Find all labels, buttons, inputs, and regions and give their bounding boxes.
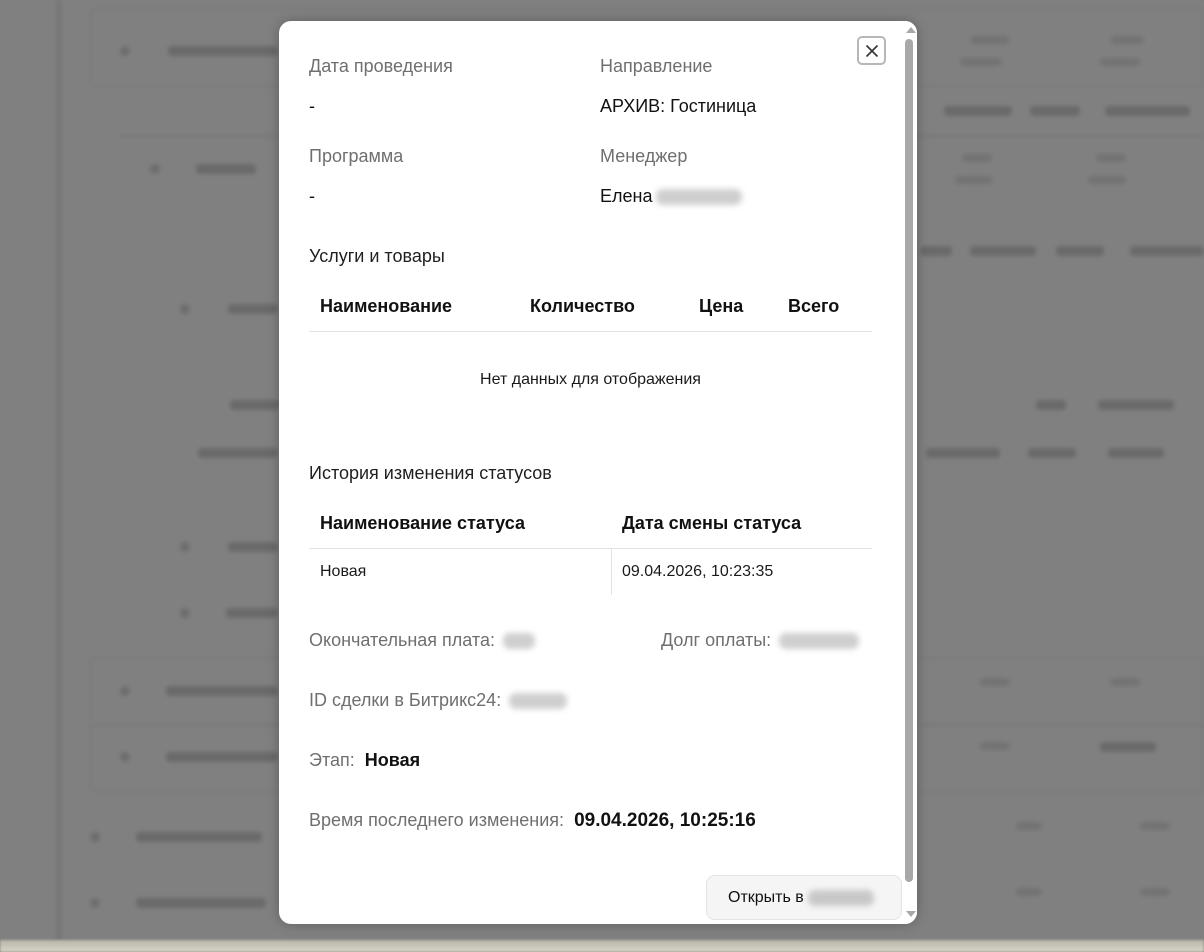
- background-text: [1096, 154, 1126, 162]
- background-text: [136, 898, 266, 908]
- modal-scrollbar[interactable]: [903, 21, 917, 924]
- background-text: [1098, 400, 1174, 410]
- background-text: [1028, 448, 1076, 458]
- background-text: [228, 304, 278, 314]
- expand-icon: [120, 752, 130, 762]
- event-date-label: Дата проведения: [309, 56, 453, 77]
- status-row-date: 09.04.2026, 10:23:35: [622, 563, 773, 581]
- services-empty-message: Нет данных для отображения: [309, 371, 872, 389]
- background-text: [166, 752, 278, 762]
- background-text: [970, 36, 1010, 44]
- background-text: [980, 742, 1010, 750]
- background-text: [1056, 246, 1104, 256]
- open-in-external-button[interactable]: Открыть в: [706, 875, 902, 920]
- background-text: [196, 164, 256, 174]
- background-text: [926, 448, 1000, 458]
- taskbar-strip: [0, 940, 1204, 952]
- status-column-divider: [611, 548, 612, 595]
- open-button-label: Открыть в: [728, 889, 804, 907]
- program-label: Программа: [309, 146, 403, 167]
- final-payment-label: Окончательная плата:: [309, 630, 495, 650]
- background-text: [1100, 742, 1156, 752]
- background-text: [920, 246, 952, 256]
- manager-first-name: Елена: [600, 186, 652, 206]
- services-header-divider: [309, 331, 872, 332]
- scrollbar-thumb[interactable]: [905, 39, 913, 882]
- expand-icon: [180, 608, 190, 618]
- services-col-name: Наименование: [320, 296, 452, 317]
- redacted-bitrix-id: [509, 693, 567, 709]
- services-col-quantity: Количество: [530, 296, 635, 317]
- close-icon: [865, 44, 879, 58]
- background-text: [1088, 176, 1126, 184]
- background-text: [168, 46, 278, 56]
- expand-icon: [150, 164, 160, 174]
- background-text: [1016, 888, 1042, 896]
- sidebar-divider: [56, 0, 62, 940]
- bitrix-id-label: ID сделки в Битрикс24:: [309, 690, 501, 710]
- background-text: [136, 832, 262, 842]
- background-text: [1030, 106, 1080, 116]
- services-col-price: Цена: [699, 296, 743, 317]
- background-text: [230, 400, 280, 410]
- last-modified-label: Время последнего изменения:: [309, 810, 564, 830]
- background-text: [970, 246, 1036, 256]
- background-text: [962, 154, 992, 162]
- background-text: [1100, 58, 1140, 66]
- background-text: [198, 448, 278, 458]
- expand-icon: [120, 46, 130, 56]
- redacted-system-name: [808, 890, 874, 906]
- services-col-total: Всего: [788, 296, 839, 317]
- background-text: [1105, 106, 1190, 116]
- last-modified-field: Время последнего изменения: 09.04.2026, …: [309, 810, 756, 832]
- background-text: [980, 678, 1010, 686]
- expand-icon: [120, 686, 130, 696]
- manager-value: Елена: [600, 186, 742, 207]
- status-col-name: Наименование статуса: [320, 513, 525, 534]
- expand-icon: [90, 832, 100, 842]
- background-text: [1140, 888, 1170, 896]
- payment-debt-field: Долг оплаты:: [661, 630, 859, 651]
- background-text: [1140, 822, 1170, 830]
- payment-debt-label: Долг оплаты:: [661, 630, 771, 650]
- background-text: [1110, 36, 1144, 44]
- background-text: [1016, 822, 1042, 830]
- services-title: Услуги и товары: [309, 246, 445, 267]
- manager-label: Менеджер: [600, 146, 687, 167]
- status-row-name: Новая: [320, 563, 366, 581]
- expand-icon: [180, 542, 190, 552]
- background-text: [960, 58, 1002, 66]
- last-modified-value: 09.04.2026, 10:25:16: [574, 810, 756, 831]
- program-value: -: [309, 186, 315, 207]
- event-date-value: -: [309, 96, 315, 117]
- status-header-divider: [309, 548, 872, 549]
- background-text: [944, 106, 1012, 116]
- redacted-payment-debt: [779, 633, 859, 649]
- status-history-title: История изменения статусов: [309, 463, 552, 484]
- expand-icon: [180, 304, 190, 314]
- scroll-up-arrow-icon[interactable]: [906, 27, 916, 33]
- status-col-date: Дата смены статуса: [622, 513, 801, 534]
- background-text: [1036, 400, 1066, 410]
- background-text: [228, 542, 278, 552]
- stage-field: Этап: Новая: [309, 750, 420, 771]
- background-text: [955, 176, 993, 184]
- direction-value: АРХИВ: Гостиница: [600, 96, 756, 117]
- background-text: [166, 686, 278, 696]
- deal-details-modal: Дата проведения - Направление АРХИВ: Гос…: [279, 21, 917, 924]
- redacted-surname: [656, 189, 742, 205]
- redacted-final-payment: [503, 633, 535, 649]
- background-text: [226, 608, 278, 618]
- final-payment-field: Окончательная плата:: [309, 630, 535, 651]
- direction-label: Направление: [600, 56, 712, 77]
- background-text: [1130, 246, 1204, 256]
- stage-value: Новая: [365, 750, 420, 770]
- background-text: [1108, 448, 1164, 458]
- scroll-down-arrow-icon[interactable]: [906, 911, 916, 917]
- background-text: [1110, 678, 1140, 686]
- bitrix-id-field: ID сделки в Битрикс24:: [309, 690, 567, 711]
- expand-icon: [90, 898, 100, 908]
- stage-label: Этап:: [309, 750, 355, 770]
- close-button[interactable]: [857, 36, 886, 65]
